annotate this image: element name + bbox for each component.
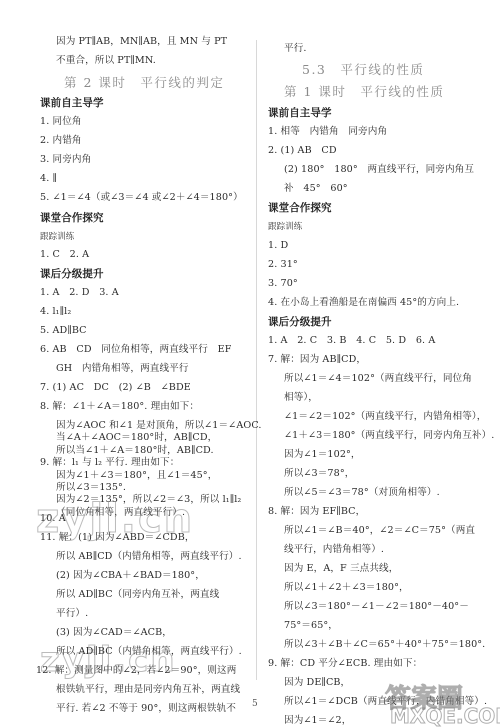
lesson-heading: 5.3 平行线的性质 bbox=[302, 64, 424, 76]
answer-line: 1. C 2. A bbox=[40, 249, 89, 261]
answer-line: 线平行，内错角相等）. bbox=[284, 544, 384, 556]
answer-line: 因为 PT∥AB，MN∥AB，且 MN 与 PT bbox=[56, 36, 227, 48]
answer-line: 所以 AD∥BC（同旁内角互补，两直线 bbox=[56, 589, 219, 601]
answer-line: 当∠A＋∠AOC＝180°时，AB∥CD， bbox=[56, 432, 217, 444]
answer-line: 根铁轨平行，理由是同旁内角互补，两直线 bbox=[56, 684, 240, 696]
answer-line: 所以∠3＝78°， bbox=[284, 468, 354, 480]
answer-line: 所以∠5＝∠3＝78°（对顶角相等）. bbox=[284, 487, 440, 499]
answer-line: 2. 内错角 bbox=[40, 135, 82, 147]
answer-line: 补 45° 60° bbox=[284, 183, 348, 195]
answer-line: 6. AB CD 同位角相等，两直线平行 EF bbox=[40, 344, 232, 356]
answer-line: 所以∠3＋∠B＋∠C＝65°＋40°＋75°＝180°. bbox=[284, 639, 485, 651]
answer-line: 因为∠1＝∠2， bbox=[284, 715, 351, 727]
lesson-heading: 第 1 课时 平行线的性质 bbox=[284, 86, 444, 98]
answer-line: 1. A 2. D 3. A bbox=[40, 287, 119, 299]
answer-line: 3. 70° bbox=[268, 278, 298, 290]
answer-line: 12. 解：测量图中的∠2，若∠2＝90°，则这两 bbox=[36, 665, 236, 677]
answer-line: 所以∠1＝∠4＝102°（两直线平行，同位角 bbox=[284, 373, 472, 385]
section-heading: 课堂合作探究 bbox=[268, 202, 332, 214]
answer-line: 1. 相等 内错角 同旁内角 bbox=[268, 126, 387, 138]
answer-line: 所以 AB∥CD（内错角相等，两直线平行）. bbox=[56, 551, 242, 563]
answer-line: 所以∠1＝∠DCB（两直线平行，内错角相等）. bbox=[284, 696, 487, 708]
answer-line: （同位角相等，两直线平行）. bbox=[56, 507, 185, 519]
answer-line: 1. D bbox=[268, 240, 288, 252]
answer-line: 7. (1) AC DC (2) ∠B ∠BDE bbox=[40, 382, 191, 394]
answer-line: 所以 AD∥BC（内错角相等，两直线平行）. bbox=[56, 646, 242, 658]
answer-line: 因为∠2＝135°，所以∠2＝∠3，所以 l₁∥l₂ bbox=[56, 494, 241, 506]
page-number: 5 bbox=[252, 699, 258, 709]
answer-line: 11. 解：(1) 因为∠ABD＝∠CDB， bbox=[40, 532, 195, 544]
answer-line: 因为 DE∥CB， bbox=[284, 677, 350, 689]
section-heading: 课后分级提升 bbox=[268, 316, 332, 328]
section-heading: 课前自主导学 bbox=[268, 107, 332, 119]
answer-line: 所以∠3＝135°. bbox=[56, 482, 126, 494]
answer-line: ∠1＝∠2＝102°（两直线平行，内错角相等）， bbox=[284, 411, 487, 423]
answer-line: 9. 解：CD 平分∠ECB. 理由如下： bbox=[268, 658, 422, 670]
lesson-heading: 第 2 课时 平行线的判定 bbox=[64, 77, 224, 89]
answer-line: 所以∠3＝180°－∠1－∠2＝180°－40°－ bbox=[284, 601, 469, 613]
section-heading: 课后分级提升 bbox=[40, 268, 104, 280]
answer-line: 2. 31° bbox=[268, 259, 298, 271]
answer-line: 4. ∥ bbox=[40, 173, 57, 185]
answer-line: 因为∠AOC 和∠1 是对顶角，所以∠1＝∠AOC. bbox=[56, 420, 262, 432]
section-heading: 课前自主导学 bbox=[40, 97, 104, 109]
answer-line: 不重合，所以 PT∥MN. bbox=[56, 55, 156, 67]
answer-line: 平行. bbox=[284, 43, 307, 55]
answer-line: GH 内错角相等，两直线平行 bbox=[56, 363, 189, 375]
answer-line: 7. 解：因为 AB∥CD， bbox=[268, 354, 366, 366]
answer-line: 4. 在小岛上看渔船是在南偏西 45°的方向上. bbox=[268, 297, 459, 309]
answer-line: 8. 解：因为 EF∥BC， bbox=[268, 506, 365, 518]
answer-line: 平行. 若∠2 不等于 90°，则这两根铁轨不 bbox=[56, 703, 236, 715]
answer-line: 8. 解：∠1＋∠A＝180°. 理由如下： bbox=[40, 401, 199, 413]
answer-line: 1. 同位角 bbox=[40, 116, 82, 128]
answer-line: 1. A 2. C 3. B 4. C 5. D 6. A bbox=[268, 335, 435, 347]
answer-line: 因为∠1＋∠3＝180°，且∠1＝45°， bbox=[56, 470, 217, 482]
answer-line: 因为∠1＝102°， bbox=[284, 449, 361, 461]
answer-line: 所以∠1＝∠B＝40°，∠2＝∠C＝75°（两直 bbox=[284, 525, 475, 537]
answer-line: 所以∠1＋∠2＋∠3＝180°， bbox=[284, 582, 409, 594]
answer-line: 10. A bbox=[40, 513, 66, 525]
subsection-heading: 跟踪训练 bbox=[40, 231, 74, 243]
answer-line: 5. ∠1＝∠4（或∠3＝∠4 或∠2＋∠4＝180°） bbox=[40, 192, 243, 204]
answer-line: (2) 180° 180° 两直线平行，同旁内角互 bbox=[284, 164, 474, 176]
subsection-heading: 跟踪训练 bbox=[268, 221, 302, 233]
answer-line: 5. AD∥BC bbox=[40, 325, 87, 337]
answer-line: 75°＝65°， bbox=[284, 620, 338, 632]
answer-line: ∠1＋∠3＝180°（两直线平行，同旁内角互补）. bbox=[284, 430, 494, 442]
column-divider bbox=[256, 40, 257, 680]
answer-line: 因为 E，A，F 三点共线， bbox=[284, 563, 398, 575]
answer-line: 3. 同旁内角 bbox=[40, 154, 91, 166]
answer-line: (2) 因为∠CBA＋∠BAD＝180°， bbox=[56, 570, 205, 582]
answer-line: (3) 因为∠CAD＝∠ACB， bbox=[56, 627, 172, 639]
answer-line: 所以当∠1＋∠A＝180°时，AB∥CD. bbox=[56, 445, 214, 457]
answer-line: 2. (1) AB CD bbox=[268, 145, 337, 157]
answer-line: 9. 解：l₁ 与 l₂ 平行. 理由如下： bbox=[40, 457, 179, 469]
answer-line: 4. l₁∥l₂ bbox=[40, 306, 71, 318]
answer-line: 相等）， bbox=[284, 392, 318, 404]
answer-line: 平行）. bbox=[56, 608, 88, 620]
section-heading: 课堂合作探究 bbox=[40, 212, 104, 224]
